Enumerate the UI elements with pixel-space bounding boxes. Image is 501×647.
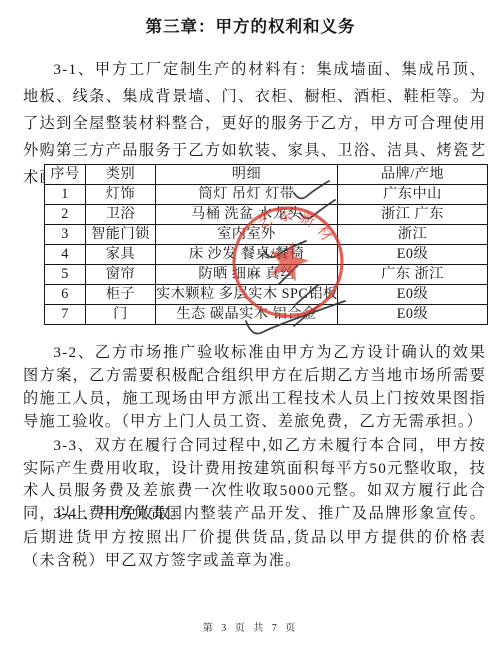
cell-detail: 床 沙发 餐桌/餐椅 [156,245,338,265]
table-row: 4 家具 床 沙发 餐桌/餐椅 E0级 [45,245,488,265]
cell-no: 4 [45,245,86,265]
materials-table: 序号 类别 明细 品牌/产地 1 灯饰 筒灯 吊灯 灯带 广东中山 2 卫浴 马… [44,164,488,325]
cell-category: 卫浴 [86,205,156,225]
cell-category: 窗帘 [86,265,156,285]
table-row: 3 智能门锁 室内室外 浙江 [45,225,488,245]
cell-detail: 筒灯 吊灯 灯带 [156,185,338,205]
cell-detail: 实木颗粒 多层实木 SPC铝板 [156,285,338,305]
cell-brand: 广东中山 [338,185,488,205]
cell-category: 智能门锁 [86,225,156,245]
cell-category: 家具 [86,245,156,265]
col-header-no: 序号 [45,165,86,185]
table-row: 2 卫浴 马桶 洗盆 水龙头 浙江 广东 [45,205,488,225]
paragraph-3-4: 3-4 、甲方负责国内整装产品开发、推广及品牌形象宣传。后期进货甲方按照出厂价提… [23,502,486,573]
cell-category: 门 [86,305,156,325]
col-header-detail: 明细 [156,165,338,185]
cell-category: 灯饰 [86,185,156,205]
cell-detail: 室内室外 [156,225,338,245]
cell-no: 5 [45,265,86,285]
table-row: 1 灯饰 筒灯 吊灯 灯带 广东中山 [45,185,488,205]
cell-no: 6 [45,285,86,305]
cell-no: 2 [45,205,86,225]
cell-detail: 马桶 洗盆 水龙头 [156,205,338,225]
cell-brand: 浙江 [338,225,488,245]
table-row: 7 门 生态 碳晶实木 铝合金 E0级 [45,305,488,325]
table-header-row: 序号 类别 明细 品牌/产地 [45,165,488,185]
cell-no: 3 [45,225,86,245]
cell-brand: E0级 [338,305,488,325]
document-page: 第三章：甲方的权利和义务 3-1、甲方工厂定制生产的材料有：集成墙面、集成吊顶、… [0,0,501,647]
col-header-category: 类别 [86,165,156,185]
col-header-brand: 品牌/产地 [338,165,488,185]
table-row: 6 柜子 实木颗粒 多层实木 SPC铝板 E0级 [45,285,488,305]
table-row: 5 窗帘 防晒 细麻 真丝 广东 浙江 [45,265,488,285]
cell-category: 柜子 [86,285,156,305]
cell-no: 7 [45,305,86,325]
cell-detail: 防晒 细麻 真丝 [156,265,338,285]
cell-detail: 生态 碳晶实木 铝合金 [156,305,338,325]
page-number: 第 3 页 共 7 页 [0,619,501,634]
cell-no: 1 [45,185,86,205]
cell-brand: 广东 浙江 [338,265,488,285]
paragraph-3-2: 3-2、乙方市场推广验收标准由甲方为乙方设计确认的效果图方案，乙方需要积极配合组… [23,341,486,433]
cell-brand: E0级 [338,245,488,265]
cell-brand: 浙江 广东 [338,205,488,225]
page-title: 第三章：甲方的权利和义务 [0,13,501,37]
cell-brand: E0级 [338,285,488,305]
